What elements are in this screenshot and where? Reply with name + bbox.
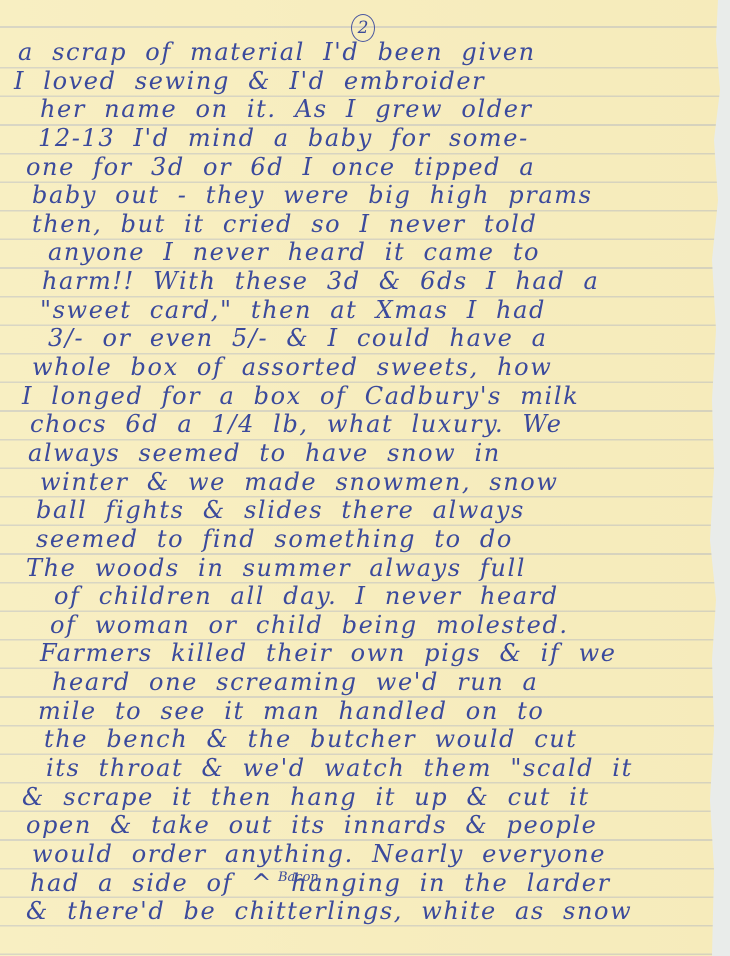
handwritten-line-text: & there'd be chitterlings, white as snow	[0, 897, 632, 925]
handwritten-line: I longed for a box of Cadbury's milk	[0, 382, 720, 411]
handwritten-line: one for 3d or 6d I once tipped a	[0, 153, 720, 182]
handwritten-line-text: 12-13 I'd mind a baby for some-	[0, 124, 529, 152]
handwritten-line: harm!! With these 3d & 6ds I had a	[0, 267, 720, 296]
handwritten-line-text: Farmers killed their own pigs & if we	[0, 639, 617, 667]
handwritten-line-text: "sweet card," then at Xmas I had	[0, 296, 546, 324]
handwritten-line: & there'd be chitterlings, white as snow	[0, 897, 720, 926]
handwritten-line: a scrap of material I'd been given	[0, 38, 720, 67]
handwritten-line: would order anything. Nearly everyone	[0, 840, 720, 869]
handwritten-line-text: seemed to find something to do	[0, 525, 513, 553]
handwritten-line-text: winter & we made snowmen, snow	[0, 468, 558, 496]
handwritten-line-text: heard one screaming we'd run a	[0, 668, 538, 696]
handwritten-line-text: The woods in summer always full	[0, 554, 526, 582]
handwritten-line-text: open & take out its innards & people	[0, 811, 597, 839]
handwritten-line-text: whole box of assorted sweets, how	[0, 353, 552, 381]
handwritten-line: 12-13 I'd mind a baby for some-	[0, 124, 720, 153]
handwritten-line-text: ball fights & slides there always	[0, 496, 525, 524]
handwritten-line: had a side of ^ hanging in the larder	[0, 869, 720, 898]
handwritten-line: & scrape it then hang it up & cut it	[0, 783, 720, 812]
handwritten-line-text: baby out - they were big high prams	[0, 181, 593, 209]
handwritten-line-text: & scrape it then hang it up & cut it	[0, 783, 590, 811]
lined-paper-page: 2 a scrap of material I'd been givenI lo…	[0, 0, 730, 956]
handwritten-line: of woman or child being molested.	[0, 611, 720, 640]
handwritten-line-text: the bench & the butcher would cut	[0, 725, 578, 753]
handwritten-line: the bench & the butcher would cut	[0, 725, 720, 754]
handwritten-line-text: of children all day. I never heard	[0, 582, 559, 610]
handwritten-line-text: her name on it. As I grew older	[0, 95, 533, 123]
handwritten-text-block: a scrap of material I'd been givenI love…	[0, 38, 720, 926]
handwritten-line: open & take out its innards & people	[0, 811, 720, 840]
handwritten-line: its throat & we'd watch them "scald it	[0, 754, 720, 783]
handwritten-line: then, but it cried so I never told	[0, 210, 720, 239]
inserted-word-annotation: Bacon	[278, 870, 319, 885]
handwritten-line-text: 3/- or even 5/- & I could have a	[0, 324, 548, 352]
handwritten-line-text: of woman or child being molested.	[0, 611, 569, 639]
handwritten-line: Farmers killed their own pigs & if we	[0, 639, 720, 668]
handwritten-line: "sweet card," then at Xmas I had	[0, 296, 720, 325]
handwritten-line-text: its throat & we'd watch them "scald it	[0, 754, 633, 782]
handwritten-line: her name on it. As I grew older	[0, 95, 720, 124]
handwritten-line: whole box of assorted sweets, how	[0, 353, 720, 382]
handwritten-line: seemed to find something to do	[0, 525, 720, 554]
handwritten-line-text: then, but it cried so I never told	[0, 210, 537, 238]
handwritten-line-text: one for 3d or 6d I once tipped a	[0, 153, 535, 181]
handwritten-line: baby out - they were big high prams	[0, 181, 720, 210]
handwritten-line: ball fights & slides there always	[0, 496, 720, 525]
handwritten-line: of children all day. I never heard	[0, 582, 720, 611]
handwritten-line-text: mile to see it man handled on to	[0, 697, 544, 725]
handwritten-line: anyone I never heard it came to	[0, 238, 720, 267]
handwritten-line-text: always seemed to have snow in	[0, 439, 501, 467]
handwritten-line-text: I loved sewing & I'd embroider	[0, 67, 485, 95]
handwritten-line-text: chocs 6d a 1/4 lb, what luxury. We	[0, 410, 563, 438]
handwritten-line-text: would order anything. Nearly everyone	[0, 840, 606, 868]
handwritten-line-text: a scrap of material I'd been given	[0, 38, 536, 66]
handwritten-line: winter & we made snowmen, snow	[0, 468, 720, 497]
handwritten-line: I loved sewing & I'd embroider	[0, 67, 720, 96]
handwritten-line-text: harm!! With these 3d & 6ds I had a	[0, 267, 599, 295]
handwritten-line: heard one screaming we'd run a	[0, 668, 720, 697]
handwritten-line-text: anyone I never heard it came to	[0, 238, 540, 266]
handwritten-line: chocs 6d a 1/4 lb, what luxury. We	[0, 410, 720, 439]
handwritten-line: 3/- or even 5/- & I could have a	[0, 324, 720, 353]
handwritten-line-text: I longed for a box of Cadbury's milk	[0, 382, 579, 410]
handwritten-line: mile to see it man handled on to	[0, 697, 720, 726]
handwritten-line: always seemed to have snow in	[0, 439, 720, 468]
handwritten-line: The woods in summer always full	[0, 554, 720, 583]
